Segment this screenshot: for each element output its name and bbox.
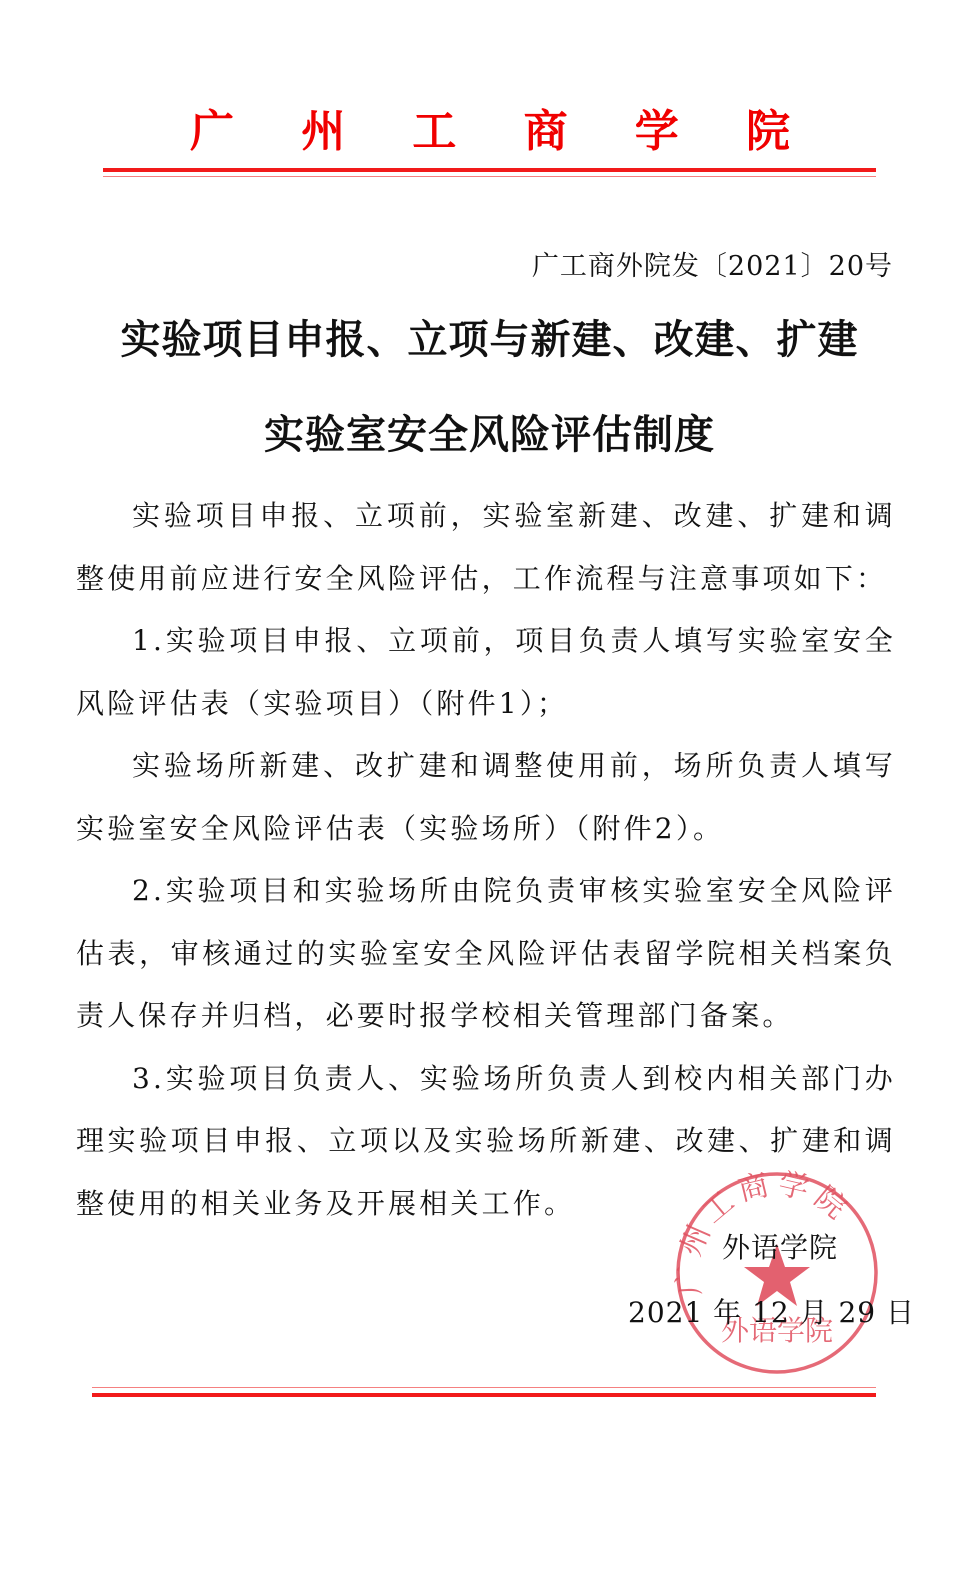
masthead-char: 工 [412, 95, 456, 159]
document-body: 实验项目申报、立项前，实验室新建、改建、扩建和调整使用前应进行安全风险评估，工作… [76, 485, 896, 1235]
masthead-char: 广 [190, 95, 234, 159]
footer-rule-thick [92, 1393, 876, 1397]
masthead-char: 院 [746, 95, 790, 159]
masthead-char: 学 [635, 95, 679, 159]
body-paragraph-intro: 实验项目申报、立项前，实验室新建、改建、扩建和调整使用前应进行安全风险评估，工作… [76, 485, 896, 610]
masthead-char: 州 [301, 95, 345, 159]
masthead-title: 广 州 工 商 学 院 [190, 92, 790, 162]
official-seal-stamp: 广州工商学院 外语学院 [674, 1170, 880, 1376]
header-rule-thick [103, 168, 876, 172]
issuer-name: 外语学院 [722, 1226, 838, 1266]
footer-rule-thin [92, 1387, 876, 1388]
document-title-line-2: 实验室安全风险评估制度 [0, 403, 979, 460]
issue-date: 2021 年 12 月 29 日 [628, 1291, 915, 1331]
header-rule-thin [103, 176, 876, 177]
document-title-line-1: 实验项目申报、立项与新建、改建、扩建 [0, 308, 979, 365]
masthead-char: 商 [524, 95, 568, 159]
body-paragraph-item-1-cont: 实验场所新建、改扩建和调整使用前，场所负责人填写实验室安全风险评估表（实验场所）… [76, 735, 896, 860]
body-paragraph-item-2: 2.实验项目和实验场所由院负责审核实验室安全风险评估表，审核通过的实验室安全风险… [76, 860, 896, 1048]
document-number: 广工商外院发〔2021〕20号 [532, 244, 893, 283]
body-paragraph-item-1: 1.实验项目申报、立项前，项目负责人填写实验室安全风险评估表（实验项目）（附件1… [76, 610, 896, 735]
document-page: 广 州 工 商 学 院 广工商外院发〔2021〕20号 实验项目申报、立项与新建… [0, 0, 979, 1583]
